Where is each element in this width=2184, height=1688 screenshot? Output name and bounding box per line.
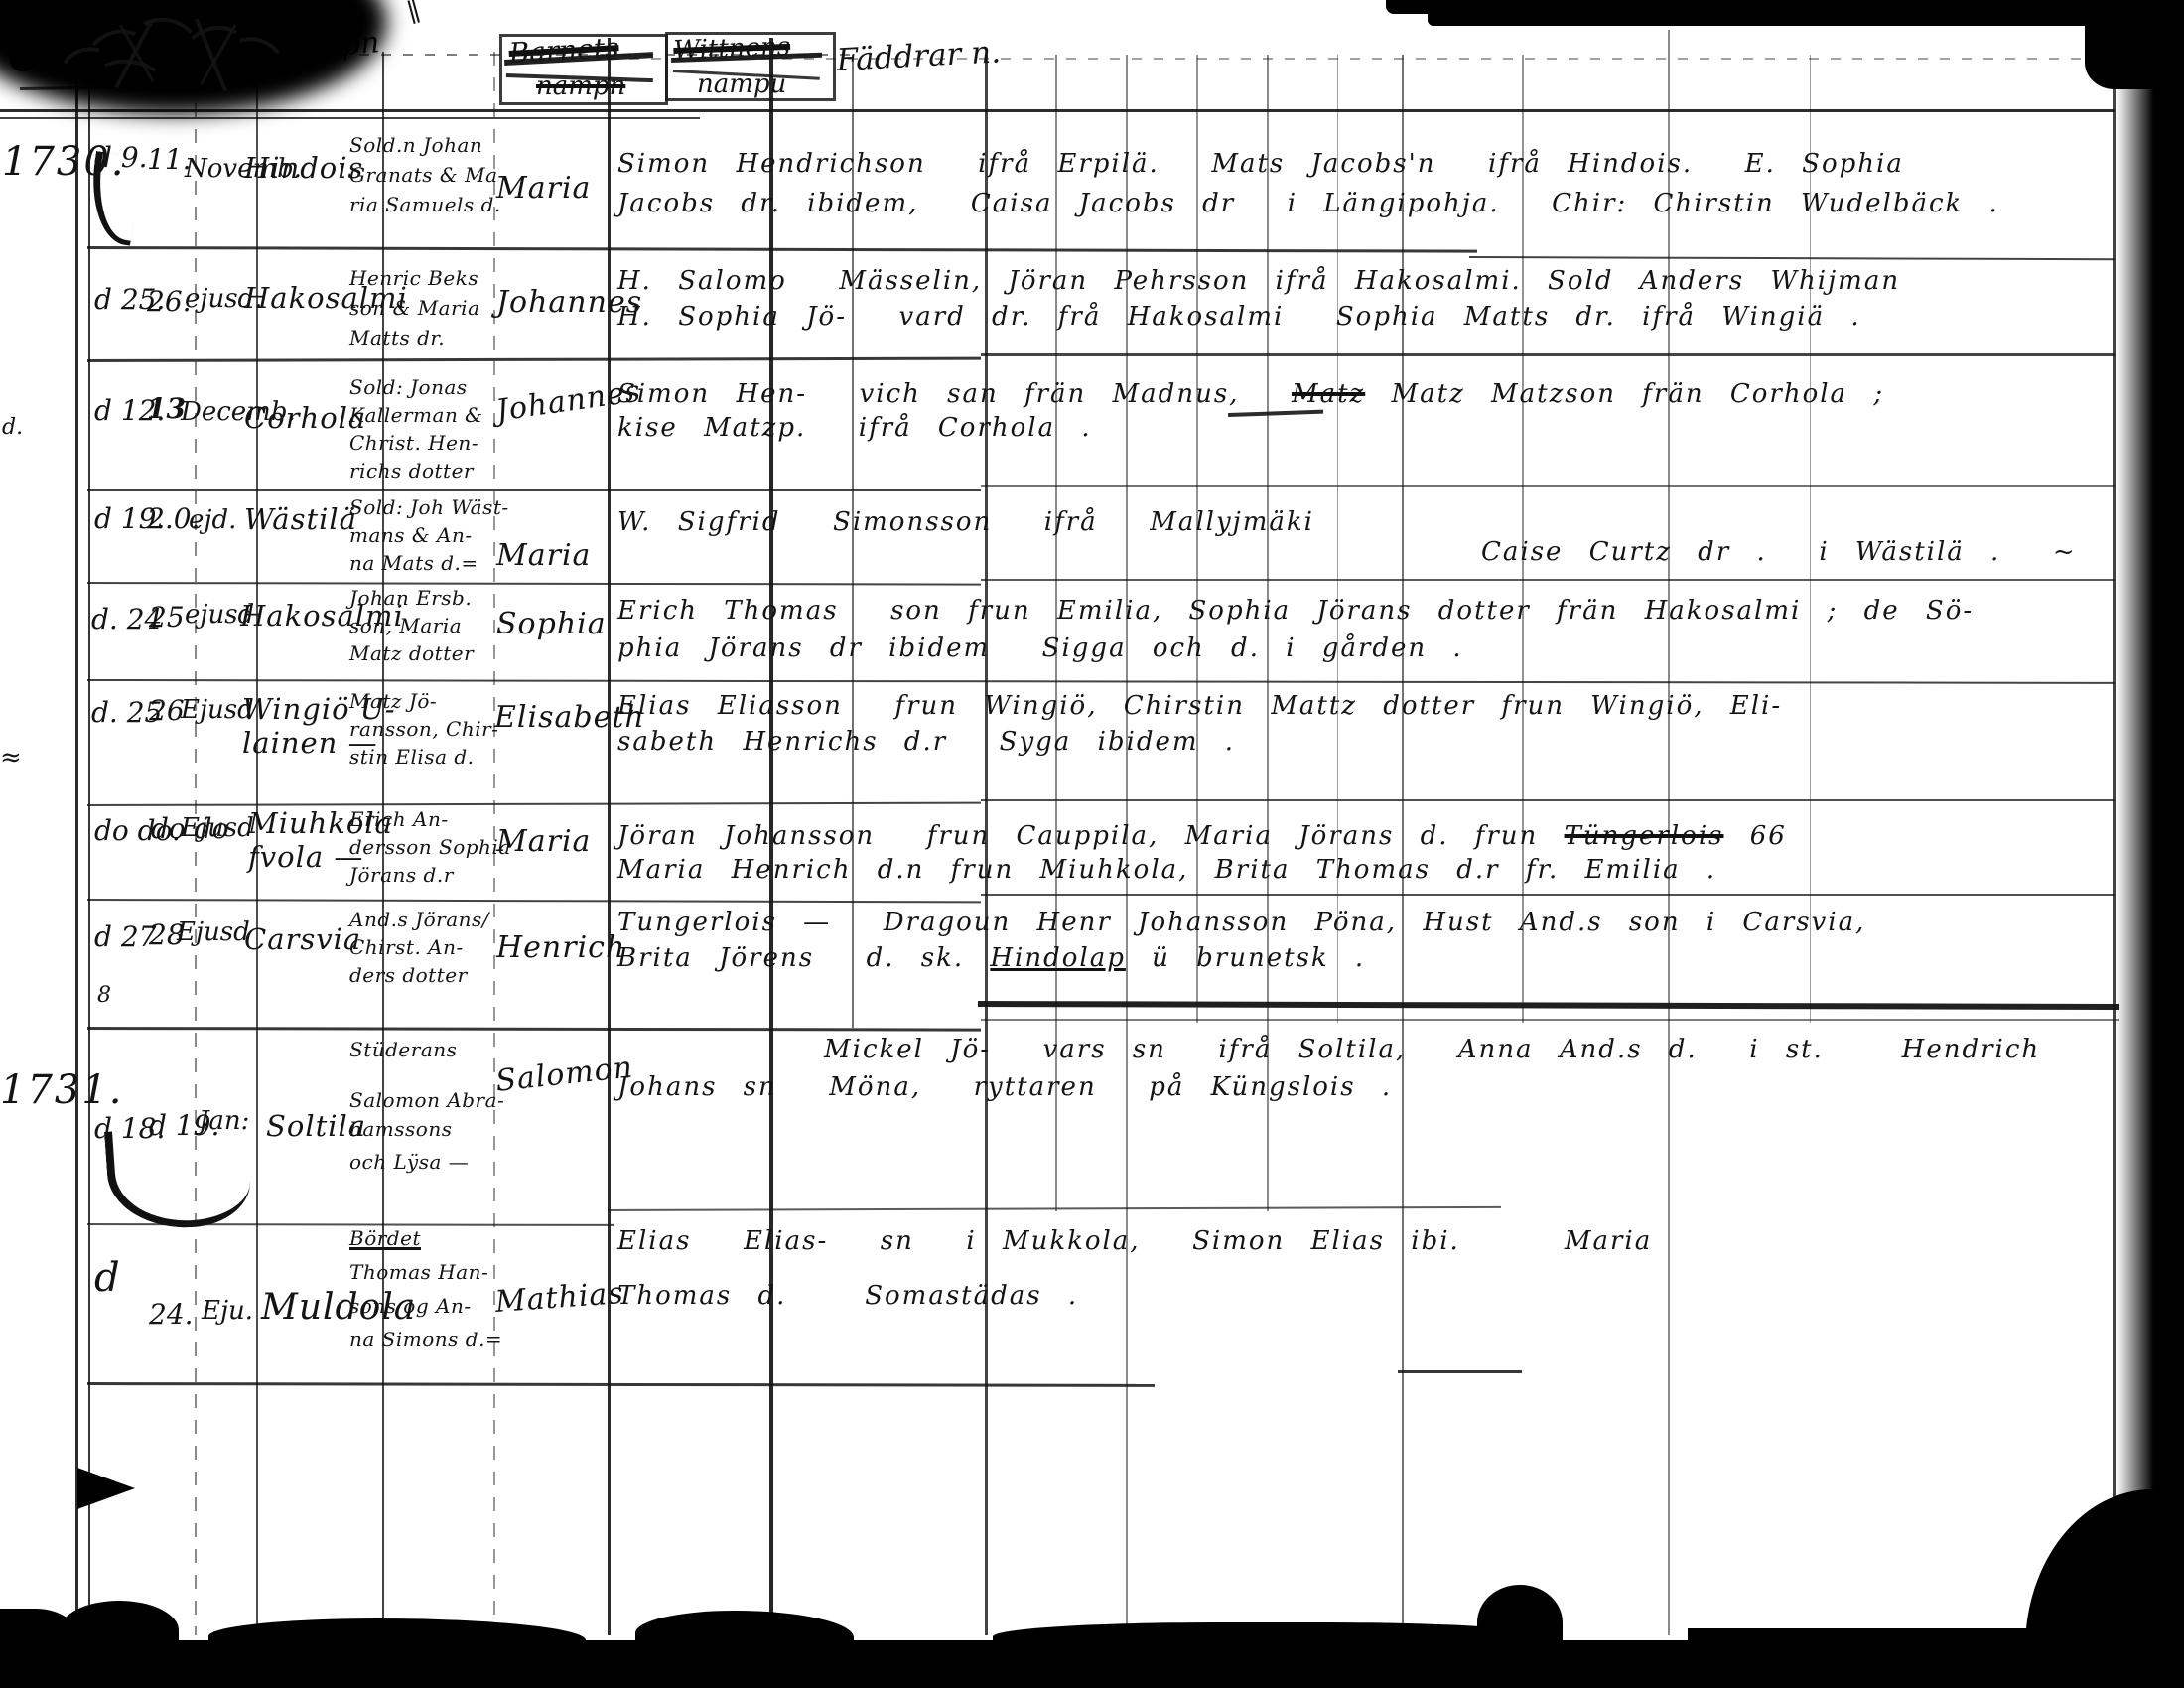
scan-edge-black-region xyxy=(298,12,308,20)
godparents-cell: Johans sn Möna, ryttaren på Küngslois . xyxy=(617,1074,1392,1100)
godparents-cell: Simon Hendrichson ifrå Erpilä. Mats Jaco… xyxy=(617,151,1904,177)
table-rule-vertical xyxy=(88,55,90,1635)
table-rule-horizontal xyxy=(87,899,981,904)
godparents-cell: Tungerlois — Dragoun Henr Johansson Pöna… xyxy=(617,910,1865,935)
table-rule-horizontal xyxy=(981,353,2115,356)
table-rule-horizontal xyxy=(0,109,2115,112)
parents-cell: Matts dr. xyxy=(349,328,445,348)
table-rule-horizontal xyxy=(0,117,700,119)
table-rule-vertical xyxy=(493,52,495,1635)
month-cell: Jan: xyxy=(199,1108,249,1134)
scan-edge-black-region xyxy=(1386,0,1465,14)
table-rule-vertical xyxy=(382,52,384,1635)
header-slash-mark: ∥ xyxy=(405,0,423,27)
parents-cell: Matz dotter xyxy=(349,643,474,663)
birth-day-cell: d xyxy=(94,1258,120,1298)
parents-cell: Sold: Jonas xyxy=(349,377,468,397)
parents-cell: richs dotter xyxy=(349,461,474,481)
table-rule-horizontal xyxy=(1469,256,2115,260)
child-name-cell: Maria xyxy=(496,541,591,571)
village-cell: Corhola xyxy=(244,404,366,433)
stray-mark: d. xyxy=(2,417,23,439)
table-rule-vertical xyxy=(1055,55,1057,1211)
scan-edge-black-region xyxy=(993,1622,1549,1658)
parents-cell: Sold: Joh Wäst- xyxy=(349,497,509,517)
village-cell: Carsvia xyxy=(244,925,361,954)
godparents-cell: W. Sigfrid Simonsson ifrå Mallyjmäki xyxy=(617,509,1314,535)
table-rule-horizontal xyxy=(608,1206,1501,1211)
child-name-cell: Mathias xyxy=(494,1279,625,1318)
table-rule-vertical xyxy=(1267,55,1269,1211)
table-rule-vertical xyxy=(769,38,773,1635)
month-cell: Ejusd xyxy=(177,919,250,945)
table-rule-horizontal xyxy=(87,1027,981,1031)
child-name-cell: Maria xyxy=(496,827,591,857)
godparents-cell: sabeth Henrichs d.r Syga ibidem . xyxy=(617,729,1235,755)
stray-mark: 8 xyxy=(97,985,111,1007)
scan-edge-black-region xyxy=(2116,0,2184,1688)
parents-cell: Christ. Hen- xyxy=(349,433,478,453)
table-rule-vertical xyxy=(256,48,258,1635)
child-name-cell: Salomon xyxy=(494,1053,634,1096)
parents-cell: Thomas Han- xyxy=(349,1262,488,1282)
scan-edge-black-region xyxy=(1688,1628,2184,1688)
table-rule-horizontal xyxy=(1398,1370,1522,1373)
baptism-day-cell: 26 xyxy=(149,697,185,725)
table-rule-vertical xyxy=(1337,55,1338,1023)
parents-cell: Sold.n Johan xyxy=(349,135,482,155)
table-rule-horizontal xyxy=(87,582,981,586)
godparents-cell: kise Matzp. ifrå Corhola . xyxy=(617,415,1092,441)
child-name-cell: Maria xyxy=(496,174,591,204)
parents-cell: son, Maria xyxy=(349,616,462,635)
child-name-cell: Sophia xyxy=(496,610,607,639)
parents-cell: Matz Jö- xyxy=(349,691,437,711)
scan-edge-black-region xyxy=(2085,0,2184,89)
parents-cell: ransson, Chir- xyxy=(349,719,498,739)
table-rule-vertical xyxy=(195,52,197,1635)
godparents-cell: Caise Curtz dr . i Wästilä . ~ xyxy=(1481,539,2077,565)
scan-edge-black-region xyxy=(77,1468,135,1509)
table-rule-horizontal xyxy=(978,1001,2119,1010)
child-name-cell: Henrich xyxy=(496,933,625,963)
parents-cell: Henric Beks xyxy=(349,268,478,288)
table-rule-vertical xyxy=(852,55,854,1028)
month-cell: Eju. xyxy=(202,1298,253,1324)
parents-cell: son & Maria xyxy=(349,298,480,318)
table-rule-vertical xyxy=(608,38,611,1635)
scan-edge-black-region xyxy=(1477,1585,1563,1660)
parents-cell: na Simons d.= xyxy=(349,1330,502,1349)
parents-cell: Erich An- xyxy=(349,809,449,829)
scan-edge-black-region xyxy=(353,40,360,46)
table-rule-horizontal xyxy=(87,802,981,806)
godparents-cell: H. Sophia Jö- vard dr. frå Hakosalmi Sop… xyxy=(617,304,1861,330)
parents-cell: Kallerman & xyxy=(349,405,482,425)
parents-cell: Chirst. An- xyxy=(349,937,464,957)
table-rule-horizontal xyxy=(87,357,981,362)
baptism-day-cell: 25 xyxy=(149,604,185,632)
table-rule-vertical xyxy=(2113,0,2116,1688)
godparents-cell: Jacobs dr. ibidem, Caisa Jacobs dr i Län… xyxy=(617,191,1999,216)
table-rule-vertical xyxy=(75,55,78,1635)
table-rule-vertical xyxy=(985,55,988,1635)
scan-edge-black-region xyxy=(10,52,36,71)
godparents-cell: H. Salomo Mässelin, Jöran Pehrsson ifrå … xyxy=(617,268,1900,294)
parents-cell: och Lÿsa — xyxy=(349,1152,469,1172)
scan-edge-black-region xyxy=(635,1611,854,1660)
table-rule-horizontal xyxy=(87,489,981,491)
table-rule-horizontal xyxy=(981,485,2115,487)
parents-cell: hamssons xyxy=(349,1119,452,1139)
parents-cell: na Mats d.= xyxy=(349,553,478,573)
table-rule-horizontal xyxy=(87,246,1477,253)
parents-cell: ders dotter xyxy=(349,965,468,985)
stray-mark: ≈ xyxy=(0,745,22,771)
table-rule-horizontal xyxy=(1228,410,1323,417)
godparents-cell: Maria Henrich d.n frun Miuhkola, Brita T… xyxy=(617,857,1716,883)
parents-cell: dersson Sophia xyxy=(349,837,511,857)
table-rule-horizontal xyxy=(981,894,2115,896)
parents-cell: Bördet xyxy=(349,1228,421,1248)
parents-cell: And.s Jörans/ xyxy=(349,910,489,929)
table-rule-vertical xyxy=(1810,55,1811,1023)
year-mark: 1731. xyxy=(0,1070,124,1110)
table-rule-horizontal xyxy=(981,579,2115,581)
parents-cell: mans & An- xyxy=(349,525,473,545)
village-cell: Wästilä xyxy=(244,505,357,534)
birth-day-cell: d 27 xyxy=(94,923,156,951)
table-rule-vertical xyxy=(1668,30,1670,1635)
table-rule-vertical xyxy=(1196,55,1198,1023)
godparents-cell: Mickel Jö- vars sn ifrå Soltila, Anna An… xyxy=(824,1037,2040,1062)
month-cell: Ejusd xyxy=(181,815,254,841)
godparents-cell: Elias Eliasson frun Wingiö, Chirstin Mat… xyxy=(617,693,1782,719)
parents-cell: stin Elisa d. xyxy=(349,747,475,767)
godparents-cell: Brita Jörens d. sk. Hindolap ü brunetsk … xyxy=(617,945,1365,971)
parents-cell: Jörans d.r xyxy=(349,865,454,885)
birth-day-cell: d 9. xyxy=(94,144,148,172)
village-cell: fvola — xyxy=(248,843,363,872)
parents-cell: Johan Ersb. xyxy=(349,588,472,608)
godparents-cell: Simon Hen- vich san frän Madnus, Matz Ma… xyxy=(617,381,1884,407)
godparents-cell: Erich Thomas son frun Emilia, Sophia Jör… xyxy=(617,598,1974,624)
scan-edge-black-region xyxy=(208,1618,586,1658)
parents-cell: Stüderans xyxy=(349,1040,457,1059)
godparents-cell: phia Jörans dr ibidem Sigga och d. i går… xyxy=(617,635,1463,661)
village-cell: Hindois xyxy=(244,154,363,183)
parents-cell: ria Samuels d. xyxy=(349,195,501,214)
table-rule-horizontal xyxy=(981,1019,2119,1021)
godparents-cell: Thomas d. Somastädas . xyxy=(617,1283,1078,1309)
table-rule-vertical xyxy=(1522,55,1524,1023)
scan-edge-black-region xyxy=(1428,0,2184,26)
godparents-cell: Jöran Johansson frun Cauppila, Maria Jör… xyxy=(617,823,1787,849)
table-rule-vertical xyxy=(1402,55,1404,1635)
table-rule-horizontal xyxy=(87,1382,1155,1386)
table-rule-horizontal xyxy=(981,799,2115,801)
scanned-parish-register-page: 8. ∥ Byy nampn Barnets nampn Wittnens na… xyxy=(0,0,2184,1688)
table-rule-horizontal xyxy=(608,58,2113,60)
parents-cell: Salomon Abra- xyxy=(349,1090,504,1110)
baptism-day-cell: 24. xyxy=(149,1301,194,1329)
parents-cell: sons og An- xyxy=(349,1296,472,1316)
table-rule-vertical xyxy=(1126,55,1128,1635)
parents-cell: Granats & Ma- xyxy=(349,165,505,185)
